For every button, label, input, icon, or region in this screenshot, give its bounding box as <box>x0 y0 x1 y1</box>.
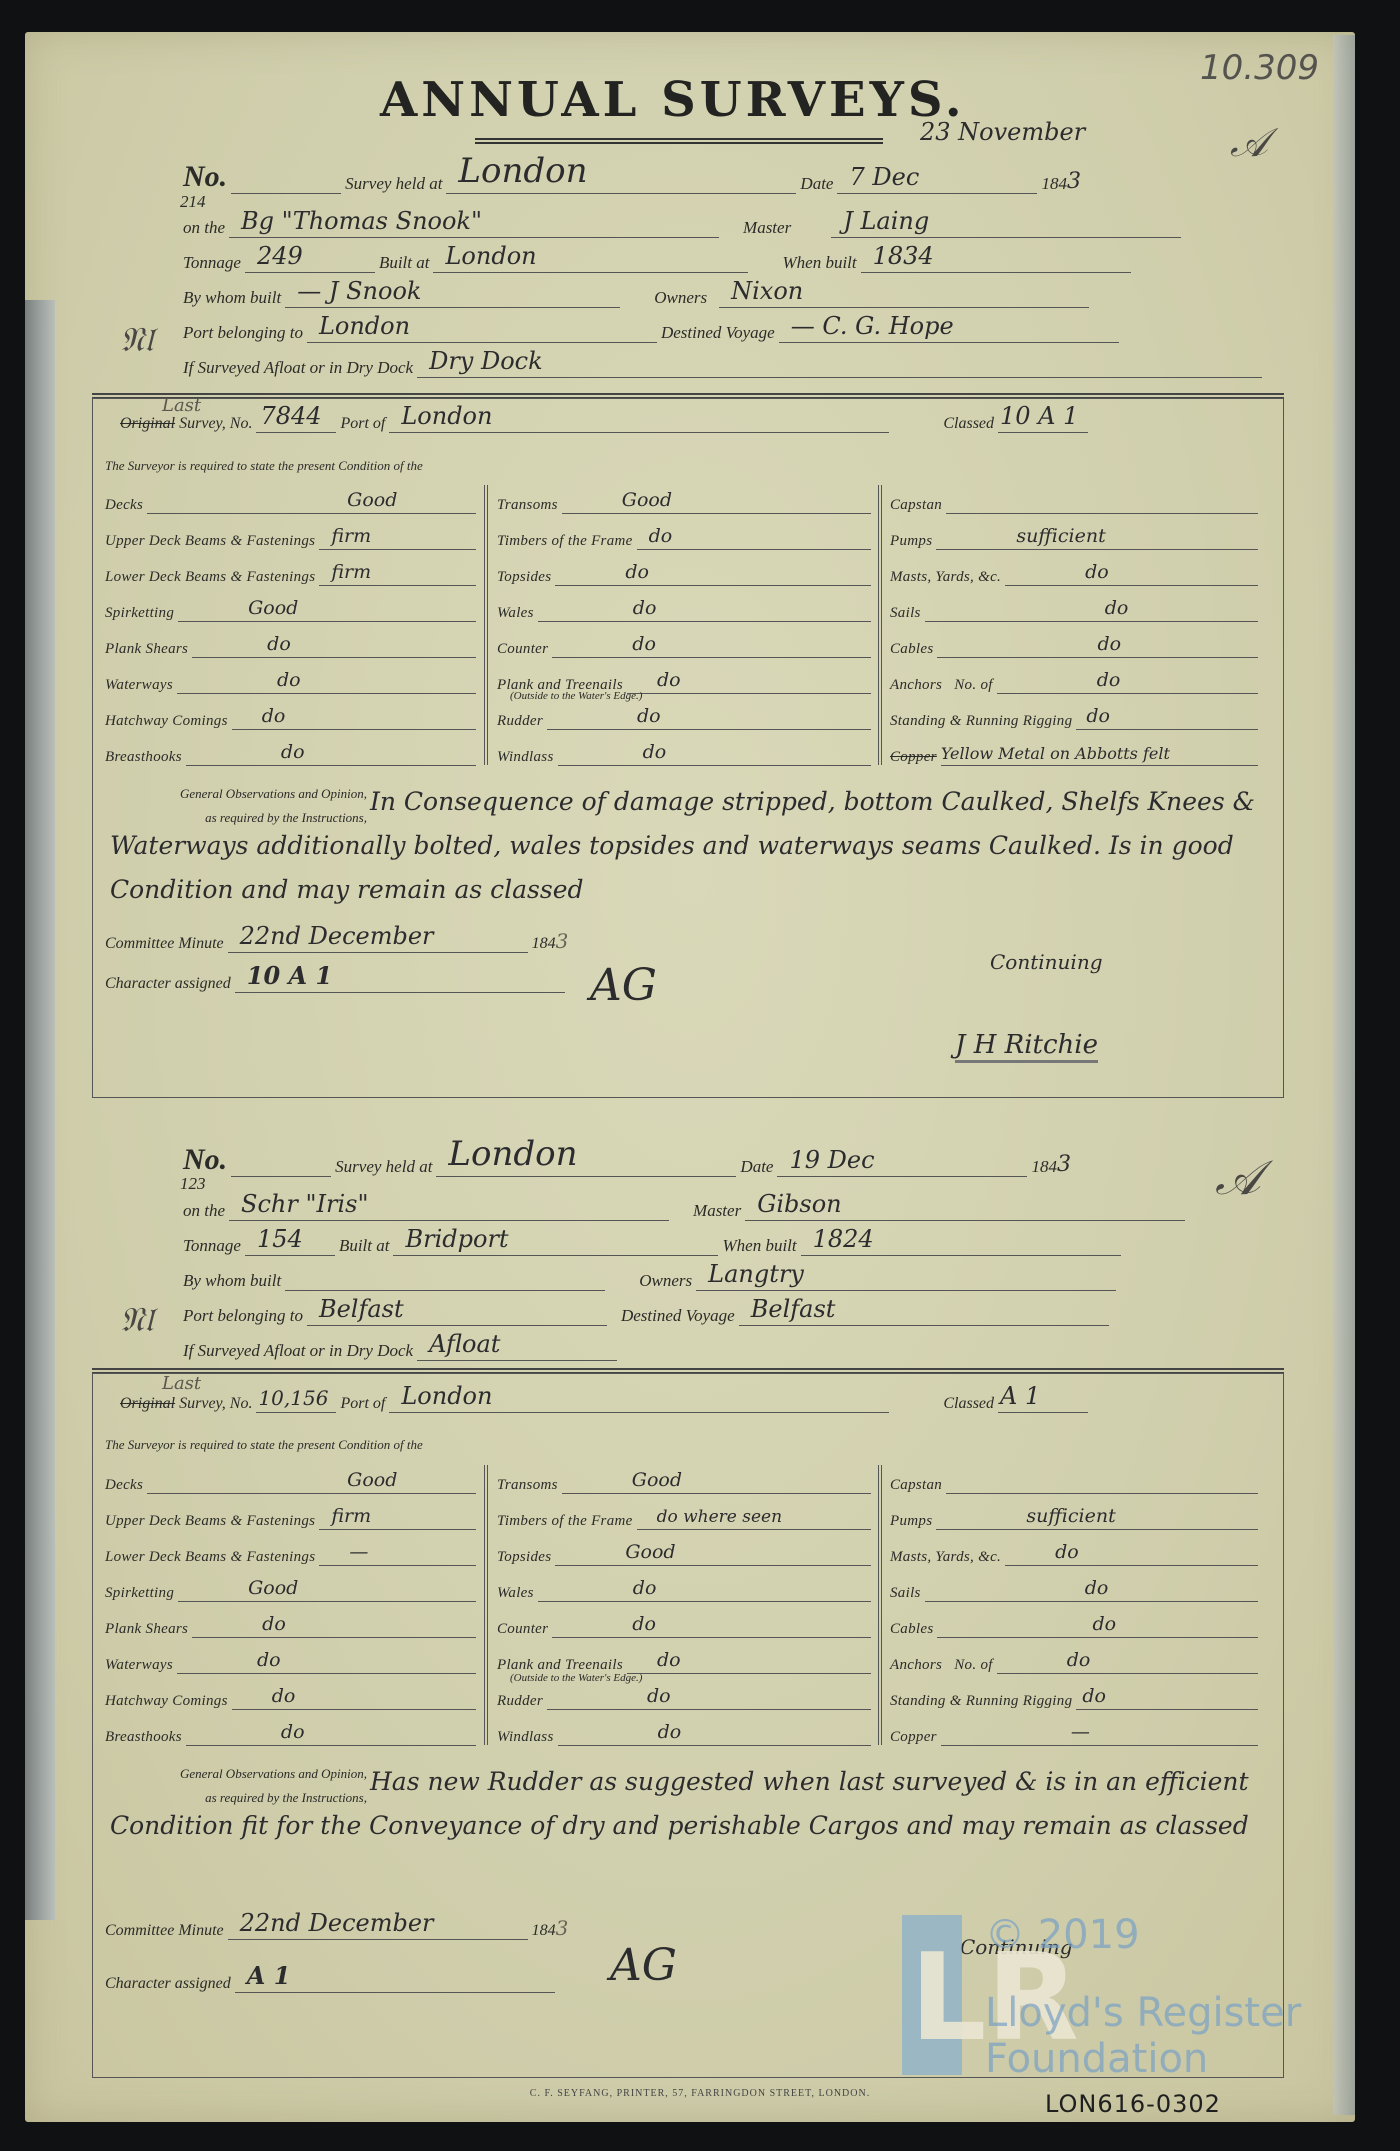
masts-label: Masts, Yards, &c. <box>890 569 1001 586</box>
survey1-tonnage: 249 <box>257 242 303 270</box>
survey1-transoms: Good <box>622 489 672 511</box>
survey2-number: 123 <box>180 1174 206 1194</box>
port-belonging-label: Port belonging to <box>183 323 303 343</box>
survey1-row-no: No. Survey held at London Date 7 Dec 184… <box>183 160 1183 194</box>
survey1-destined-voyage: — C. G. Hope <box>791 312 954 340</box>
survey2-windlass: do <box>658 1721 682 1743</box>
original-struck-label: Original <box>120 415 175 433</box>
survey2-upper-deck: firm <box>331 1505 371 1527</box>
archival-tape-right <box>1333 35 1355 2115</box>
survey1-committee-minute: 22nd December <box>240 922 434 950</box>
survey2-when-built: 1824 <box>813 1225 874 1253</box>
survey1-col3: Capstan Pumpssufficient Masts, Yards, &c… <box>890 478 1262 766</box>
tonnage-label: Tonnage <box>183 253 241 273</box>
survey1-pumps: sufficient <box>1016 525 1105 547</box>
survey2-tonnage: 154 <box>257 1225 303 1253</box>
survey1-surveyor-title: Continuing <box>990 950 1103 974</box>
anchors-label: Anchors No. of <box>890 677 993 694</box>
survey1-timbers: do <box>649 525 673 547</box>
destined-voyage-label: Destined Voyage <box>661 323 775 343</box>
counter-label: Counter <box>497 641 548 658</box>
survey1-plank-treenails: do <box>657 669 681 691</box>
reference-number: 10.309 <box>1200 48 1319 88</box>
port-of-label: Port of <box>340 415 385 433</box>
survey2-waterways: do <box>257 1649 281 1671</box>
catalog-id: LON616-0302 <box>1045 2090 1221 2118</box>
rigging-label: Standing & Running Rigging <box>890 713 1072 730</box>
decks-label: Decks <box>105 497 143 514</box>
survey1-counter: do <box>632 633 656 655</box>
survey1-when-built: 1834 <box>873 242 934 270</box>
lloyds-register-logo: LR <box>902 1915 962 2075</box>
survey2-plank-shears: do <box>262 1613 286 1635</box>
survey2-master: Gibson <box>757 1190 841 1218</box>
survey2-classed: A 1 <box>1000 1382 1040 1410</box>
by-whom-built-label: By whom built <box>183 288 281 308</box>
survey2-lower-deck: — <box>349 1541 368 1563</box>
survey2-owners: Langtry <box>708 1260 804 1288</box>
survey1-topsides: do <box>625 561 649 583</box>
survey1-wales: do <box>633 597 657 619</box>
survey1-port-belonging: London <box>319 312 410 340</box>
transoms-label: Transoms <box>497 497 558 514</box>
committee-minute-label: Committee Minute <box>105 935 224 953</box>
survey1-rudder: do <box>637 705 661 727</box>
survey2-vessel-name: Schr "Iris" <box>241 1190 368 1218</box>
master-label: Master <box>743 218 791 238</box>
initials-mark-right: 𝒜 <box>1215 1150 1260 1207</box>
survey2-spirketting: Good <box>248 1577 298 1599</box>
survey1-master: J Laing <box>843 207 929 235</box>
watermark-org-line1: Lloyd's Register <box>985 1990 1301 2036</box>
margin-initials-1: 𝔑𝔩 <box>120 320 153 360</box>
survey1-windlass: do <box>643 741 667 763</box>
survey2-topsides: Good <box>625 1541 675 1563</box>
survey1-owners: Nixon <box>731 277 803 305</box>
date-label: Date <box>800 174 833 194</box>
survey1-spirketting: Good <box>248 597 298 619</box>
survey2-destined-voyage: Belfast <box>751 1295 836 1323</box>
survey2-rigging: do <box>1082 1685 1106 1707</box>
when-built-label: When built <box>782 253 856 273</box>
lower-deck-label: Lower Deck Beams & Fastenings <box>105 569 315 586</box>
windlass-label: Windlass <box>497 749 554 766</box>
survey2-counter: do <box>632 1613 656 1635</box>
sails-label: Sails <box>890 605 921 622</box>
survey1-classed: 10 A 1 <box>1000 402 1078 430</box>
survey1-last-survey-no: 7844 <box>260 402 321 430</box>
survey2-pumps: sufficient <box>1026 1505 1115 1527</box>
watermark-copyright: © 2019 <box>985 1912 1140 1958</box>
survey2-initials-signature: AG <box>610 1940 677 1991</box>
survey1-col2: TransomsGood Timbers of the Framedo Tops… <box>497 478 875 766</box>
survey2-observations: Has new Rudder as suggested when last su… <box>110 1760 1290 1848</box>
survey1-copper: Yellow Metal on Abbotts felt <box>941 744 1170 763</box>
survey2-decks: Good <box>347 1469 397 1491</box>
cables-label: Cables <box>890 641 933 658</box>
survey-held-at-label: Survey held at <box>345 174 442 194</box>
hatchway-label: Hatchway Comings <box>105 713 228 730</box>
survey2-hatchway: do <box>272 1685 296 1707</box>
survey2-character-assigned: A 1 <box>247 1961 291 1990</box>
survey1-anchors: do <box>1097 669 1121 691</box>
survey2-afloat-dry-dock: Afloat <box>429 1330 500 1358</box>
survey1-date: 7 Dec <box>849 163 919 191</box>
watermark-org-line2: Foundation <box>985 2036 1208 2082</box>
built-at-label: Built at <box>379 253 430 273</box>
archival-tape-left <box>25 300 55 1920</box>
survey2-timbers: do where seen <box>657 1507 782 1527</box>
copper-label-struck: Copper <box>890 749 937 766</box>
survey2-plank-treenails: do <box>657 1649 681 1671</box>
survey2-col1: DecksGood Upper Deck Beams & Fasteningsf… <box>105 1458 480 1746</box>
survey2-last-survey-no: 10,156 <box>258 1386 328 1410</box>
surveyor-required-note: The Surveyor is required to state the pr… <box>105 458 423 474</box>
capstan-label: Capstan <box>890 497 942 514</box>
survey1-masts: do <box>1085 561 1109 583</box>
character-assigned-label: Character assigned <box>105 975 231 993</box>
plank-note: (Outside to the Water's Edge.) <box>510 690 642 702</box>
initials-mark-top: 𝒜 <box>1230 120 1268 166</box>
survey1-built-at: London <box>445 242 536 270</box>
survey1-initials-signature: AG <box>590 960 657 1011</box>
survey1-cables: do <box>1097 633 1121 655</box>
survey1-vessel-name: Bg "Thomas Snook" <box>241 207 482 235</box>
survey1-plank-shears: do <box>267 633 291 655</box>
survey2-port-of: London <box>401 1382 492 1410</box>
survey1-col1: DecksGood Upper Deck Beams & Fasteningsf… <box>105 478 480 766</box>
margin-initials-2: 𝔑𝔩 <box>120 1300 153 1340</box>
waterways-label: Waterways <box>105 677 173 694</box>
on-the-label: on the <box>183 218 225 238</box>
survey2-cables: do <box>1092 1613 1116 1635</box>
survey1-character-assigned: 10 A 1 <box>247 961 332 990</box>
no-label: No. <box>183 160 227 194</box>
survey1-held-at: London <box>458 151 587 191</box>
survey2-held-at: London <box>448 1134 577 1174</box>
wales-label: Wales <box>497 605 534 622</box>
survey2-year-digit: 3 <box>1057 1152 1071 1177</box>
timbers-label: Timbers of the Frame <box>497 533 633 550</box>
survey2-copper: — <box>1071 1721 1090 1743</box>
classed-label: Classed <box>943 415 994 433</box>
afloat-dry-dock-label: If Surveyed Afloat or in Dry Dock <box>183 358 413 378</box>
survey2-built-at: Bridport <box>405 1225 508 1253</box>
plank-shears-label: Plank Shears <box>105 641 188 658</box>
spirketting-label: Spirketting <box>105 605 174 622</box>
survey-no-label: Survey, No. <box>179 415 252 433</box>
survey1-port-of: London <box>401 402 492 430</box>
survey2-rudder: do <box>647 1685 671 1707</box>
survey2-wales: do <box>633 1577 657 1599</box>
survey2-col2: TransomsGood Timbers of the Framedo wher… <box>497 1458 875 1746</box>
survey2-port-belonging: Belfast <box>319 1295 404 1323</box>
survey1-surveyor-signature: J H Ritchie <box>955 1030 1098 1063</box>
last-inserted-note: Last <box>162 395 201 416</box>
survey1-waterways: do <box>277 669 301 691</box>
breasthooks-label: Breasthooks <box>105 749 182 766</box>
rudder-label: Rudder <box>497 713 543 730</box>
survey1-afloat-dry-dock: Dry Dock <box>429 347 543 375</box>
survey1-sails: do <box>1105 597 1129 619</box>
pumps-label: Pumps <box>890 533 932 550</box>
survey1-number: 214 <box>180 192 206 212</box>
page-title: ANNUAL SURVEYS. <box>380 72 966 128</box>
survey1-hatchway: do <box>262 705 286 727</box>
survey2-sails: do <box>1085 1577 1109 1599</box>
survey2-anchors: do <box>1067 1649 1091 1671</box>
survey1-decks: Good <box>347 489 397 511</box>
survey1-date-note: 23 November <box>920 118 1085 146</box>
survey2-date: 19 Dec <box>789 1146 874 1174</box>
survey1-lower-deck: firm <box>331 561 371 583</box>
survey1-year-digit: 3 <box>1067 169 1081 194</box>
copper-label: Copper <box>890 1729 937 1746</box>
survey2-col3: Capstan Pumpssufficient Masts, Yards, &c… <box>890 1458 1262 1746</box>
owners-label: Owners <box>654 288 707 308</box>
survey2-committee-minute: 22nd December <box>240 1909 434 1937</box>
survey1-observations: In Consequence of damage stripped, botto… <box>110 780 1290 912</box>
survey1-rigging: do <box>1086 705 1110 727</box>
year-prefix: 184 <box>1041 174 1067 194</box>
survey2-masts: do <box>1055 1541 1079 1563</box>
topsides-label: Topsides <box>497 569 551 586</box>
survey1-breasthooks: do <box>281 741 305 763</box>
survey1-by-whom-built: — J Snook <box>297 277 421 305</box>
survey1-upper-deck: firm <box>331 525 371 547</box>
upper-deck-label: Upper Deck Beams & Fastenings <box>105 533 315 550</box>
title-double-rule <box>475 138 883 144</box>
survey2-transoms: Good <box>632 1469 682 1491</box>
survey2-breasthooks: do <box>281 1721 305 1743</box>
